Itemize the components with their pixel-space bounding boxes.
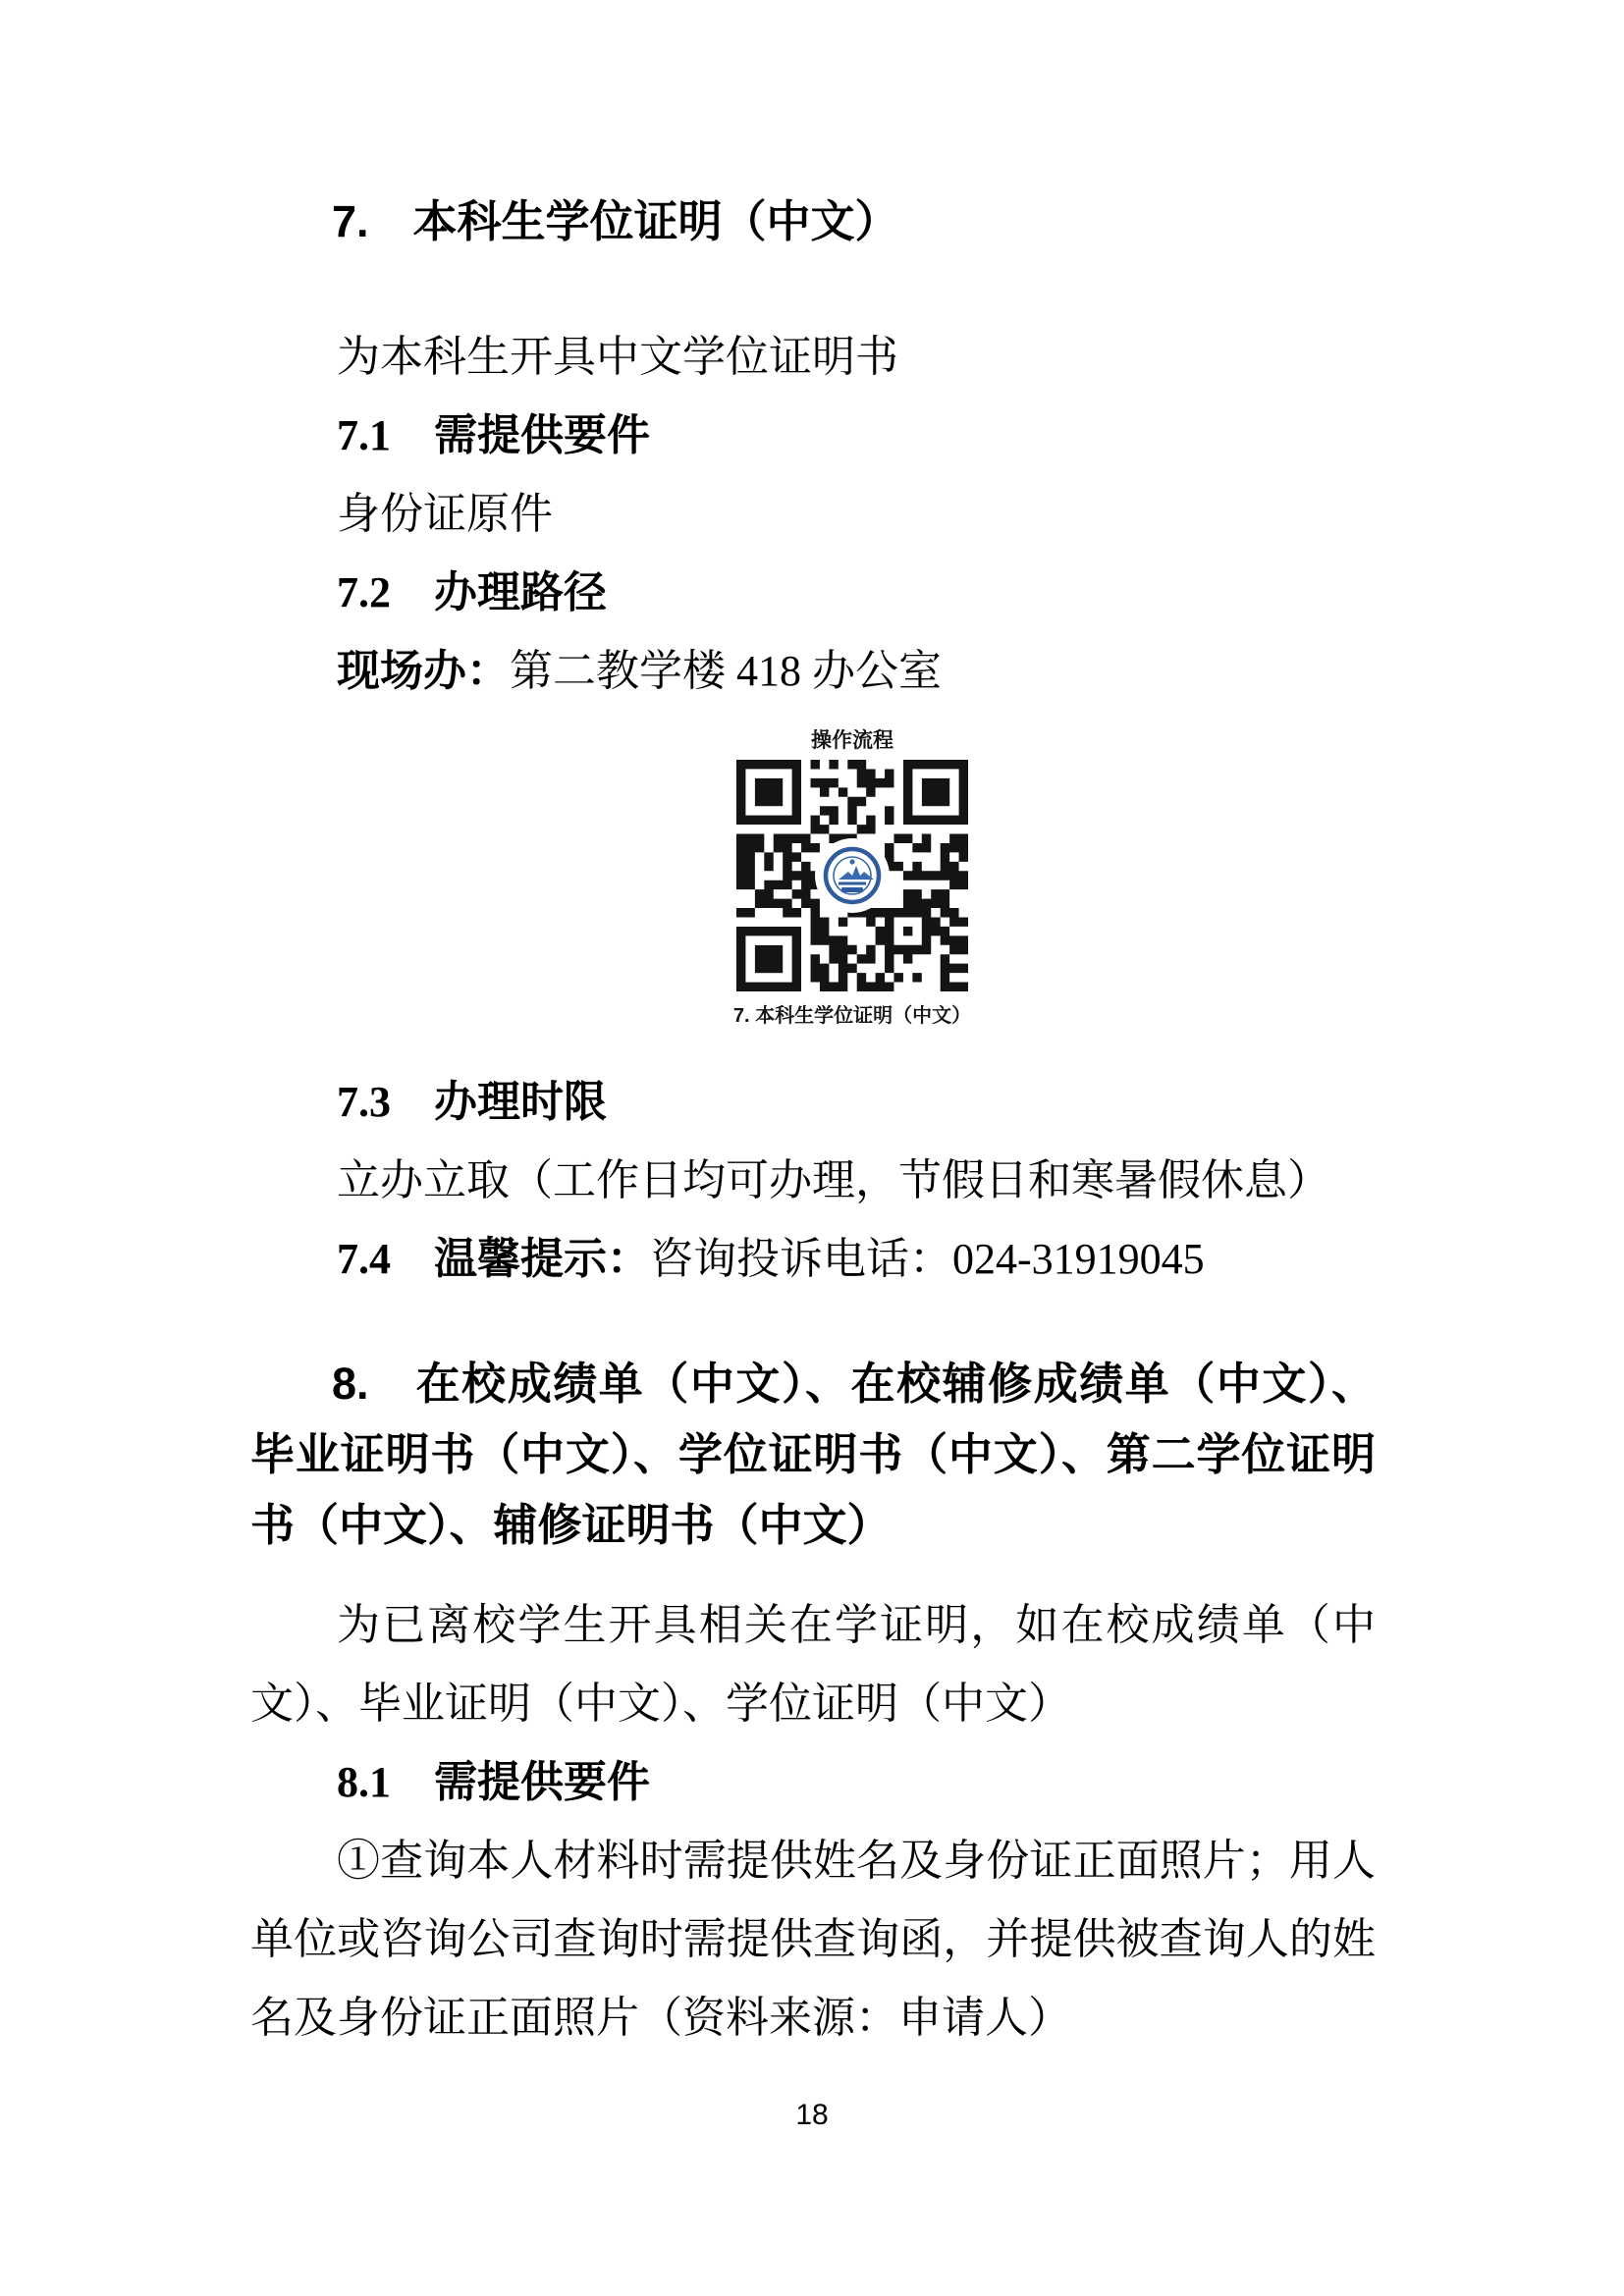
page-number: 18 [0,2099,1624,2132]
section-8-1-body: ①查询本人材料时需提供姓名及身份证正面照片；用人单位或咨询公司查询时需提供查询函… [250,1822,1376,2057]
section-7-intro: 为本科生开具中文学位证明书 [250,318,1376,397]
section-7-4-line: 7.4 温馨提示：咨询投诉电话：024-31919045 [250,1220,1376,1299]
onsite-location-text: 第二教学楼 418 办公室 [510,647,942,695]
university-emblem-icon [815,838,890,913]
qr-code [736,760,968,991]
qr-finder-top-left [736,760,801,825]
section-7-1-heading: 7.1 需提供要件 [250,397,1376,475]
section-7-1-body: 身份证原件 [250,475,1376,554]
qr-figure: 操作流程 [695,724,1009,1033]
section-8-heading: 8. 在校成绩单（中文）、在校辅修成绩单（中文）、毕业证明书（中文）、学位证明书… [250,1349,1376,1561]
section-7-heading: 7. 本科生学位证明（中文） [250,187,1376,257]
section-8-1-heading: 8.1 需提供要件 [250,1743,1376,1822]
section-7-4-phone: 咨询投诉电话：024-31919045 [650,1235,1205,1283]
qr-caption: 7. 本科生学位证明（中文） [695,999,1009,1033]
section-7-3-body: 立办立取（工作日均可办理，节假日和寒暑假休息） [250,1142,1376,1220]
section-7-3-heading: 7.3 办理时限 [250,1063,1376,1142]
qr-finder-top-right [903,760,968,825]
qr-finder-bottom-left [736,927,801,991]
onsite-label: 现场办： [337,647,510,695]
document-page: 7. 本科生学位证明（中文） 为本科生开具中文学位证明书 7.1 需提供要件 身… [0,0,1624,2296]
qr-code-image [736,760,968,991]
section-7-2-body: 现场办：第二教学楼 418 办公室 [250,632,1376,711]
section-7-4-label: 7.4 温馨提示： [337,1235,650,1283]
page-content: 7. 本科生学位证明（中文） 为本科生开具中文学位证明书 7.1 需提供要件 身… [250,187,1376,2057]
section-7-2-heading: 7.2 办理路径 [250,554,1376,632]
section-8-intro: 为已离校学生开具相关在学证明，如在校成绩单（中文）、毕业证明（中文）、学位证明（… [250,1586,1376,1743]
qr-title: 操作流程 [695,724,1009,758]
